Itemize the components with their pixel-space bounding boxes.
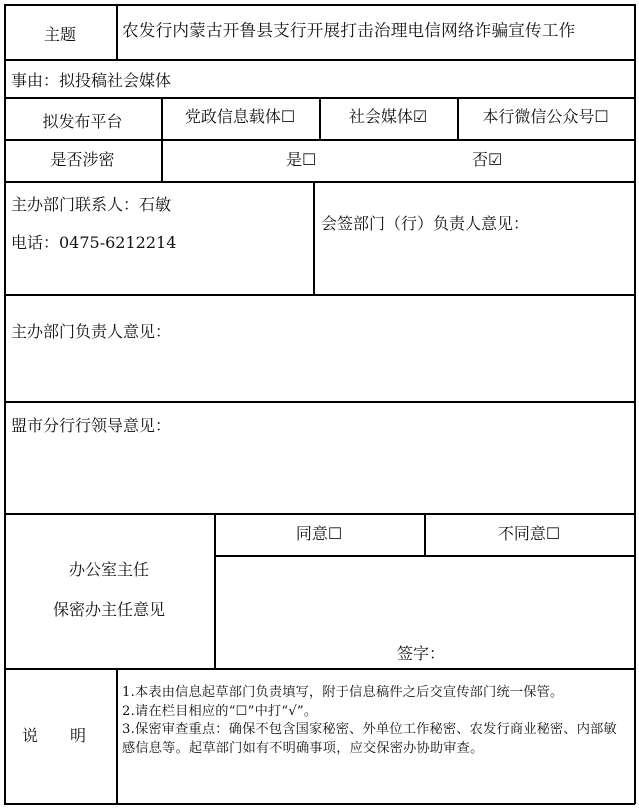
border-top bbox=[4, 4, 635, 6]
col-line bbox=[116, 4, 118, 59]
note-item: 1.本表由信息起草部门负责填写，附于信息稿件之后交宣传部门统一保管。 bbox=[122, 684, 630, 703]
contact-person[interactable]: 主办部门联系人：石敏 bbox=[11, 195, 171, 215]
row-line bbox=[4, 668, 635, 670]
col-line bbox=[313, 181, 315, 294]
subject-value[interactable]: 农发行内蒙古开鲁县支行开展打击治理电信网络诈骗宣传工作 bbox=[122, 21, 575, 41]
border-right bbox=[634, 4, 636, 804]
signature-label: 签字： bbox=[397, 644, 445, 664]
checkbox-unchecked-icon[interactable]: ☐ bbox=[594, 107, 608, 126]
office-label-line1: 办公室主任 bbox=[4, 560, 214, 580]
option-label: 党政信息载体 bbox=[185, 107, 281, 126]
office-label-line2: 保密办主任意见 bbox=[4, 600, 214, 620]
option-label: 本行微信公众号 bbox=[482, 107, 594, 126]
checkbox-checked-icon[interactable]: ☑ bbox=[413, 107, 427, 126]
platform-label: 拟发布平台 bbox=[4, 112, 161, 132]
agree-option[interactable]: 同意☐ bbox=[214, 524, 424, 544]
row-line bbox=[4, 401, 635, 403]
checkbox-unchecked-icon[interactable]: ☐ bbox=[302, 150, 316, 169]
note-item: 2.请在栏目相应的“☐”中打“√”。 bbox=[122, 703, 630, 722]
secret-option-yes[interactable]: 是☐ bbox=[286, 150, 316, 170]
host-dept-opinion-label: 主办部门负责人意见： bbox=[11, 322, 171, 342]
disagree-option[interactable]: 不同意☐ bbox=[424, 524, 634, 544]
platform-option-wechat[interactable]: 本行微信公众号☐ bbox=[457, 107, 634, 127]
countersign-opinion-label: 会签部门（行）负责人意见： bbox=[321, 214, 529, 234]
row-line bbox=[4, 513, 635, 515]
row-line bbox=[4, 181, 635, 183]
row-line bbox=[4, 59, 635, 61]
option-label: 是 bbox=[286, 150, 302, 169]
platform-option-social-media[interactable]: 社会媒体☑ bbox=[319, 107, 457, 127]
note-item: 3.保密审查重点：确保不包含国家秘密、外单位工作秘密、农发行商业秘密、内部敏感信… bbox=[122, 721, 630, 758]
checkbox-checked-icon[interactable]: ☑ bbox=[488, 150, 502, 169]
secret-label: 是否涉密 bbox=[4, 150, 161, 170]
contact-phone[interactable]: 电话：0475-6212214 bbox=[11, 233, 176, 253]
checkbox-unchecked-icon[interactable]: ☐ bbox=[281, 107, 295, 126]
subject-label: 主题 bbox=[4, 25, 116, 45]
row-line bbox=[4, 294, 635, 296]
row-line bbox=[4, 139, 635, 141]
border-bottom bbox=[4, 803, 635, 805]
notes-label: 说 明 bbox=[22, 726, 86, 746]
reason-field[interactable]: 事由：拟投稿社会媒体 bbox=[11, 71, 171, 91]
league-branch-opinion-label: 盟市分行行领导意见： bbox=[11, 416, 171, 436]
row-line bbox=[214, 555, 635, 557]
option-label: 否 bbox=[472, 150, 488, 169]
secret-option-no[interactable]: 否☑ bbox=[472, 150, 502, 170]
option-label: 社会媒体 bbox=[349, 107, 413, 126]
notes-list: 1.本表由信息起草部门负责填写，附于信息稿件之后交宣传部门统一保管。 2.请在栏… bbox=[122, 684, 630, 758]
col-line bbox=[116, 668, 118, 803]
platform-option-party-media[interactable]: 党政信息载体☐ bbox=[161, 107, 319, 127]
